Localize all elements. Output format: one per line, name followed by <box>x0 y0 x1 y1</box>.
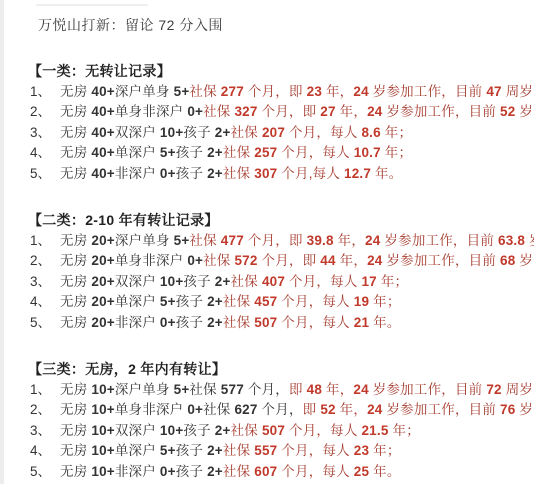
list-item-text: 无房 40+双深户 10+孩子 2+社保 207 个月，每人 8.6 年； <box>60 123 412 144</box>
section-header: 【三类：无房，2 年内有转让】 <box>28 359 534 380</box>
list-item-text: 无房 10+双深户 10+孩子 2+社保 507 个月，每人 21.5 年； <box>60 421 420 442</box>
list-item-number: 5、 <box>30 462 60 483</box>
list-item: 5、无房 40+非深户 0+孩子 2+社保 307 个月,每人 12.7 年。 <box>30 164 534 185</box>
list-item-number: 4、 <box>30 143 60 164</box>
list-item-number: 3、 <box>30 421 60 442</box>
list-item-number: 3、 <box>30 272 60 293</box>
list-item-text: 无房 20+非深户 0+孩子 2+社保 507 个月，每人 21 年。 <box>60 313 401 334</box>
section-header: 【二类：2-10 年有转让记录】 <box>28 210 534 231</box>
list-item: 1、无房 20+深户单身 5+社保 477 个月，即 39.8 年，24 岁参加… <box>30 231 534 252</box>
list-item-text: 无房 10+单身非深户 0+社保 627 个月，即 52 年，24 岁参加工作，… <box>60 400 534 421</box>
list-item-number: 2、 <box>30 251 60 272</box>
list-item-text: 无房 10+深户单身 5+社保 577 个月，即 48 年，24 岁参加工作，目… <box>60 380 534 401</box>
page-left-border <box>0 0 4 484</box>
section-header: 【一类：无转让记录】 <box>28 61 534 82</box>
list-item: 1、无房 40+深户单身 5+社保 277 个月，即 23 年，24 岁参加工作… <box>30 82 534 103</box>
list-item-text: 无房 40+单深户 5+孩子 2+社保 257 个月，每人 10.7 年； <box>60 143 412 164</box>
list-item: 4、无房 20+单深户 5+孩子 2+社保 457 个月，每人 19 年； <box>30 292 534 313</box>
document-page: 万悦山打新：留论 72 分入围 【一类：无转让记录】1、无房 40+深户单身 5… <box>0 0 534 484</box>
list-item: 3、无房 20+双深户 10+孩子 2+社保 407 个月，每人 17 年； <box>30 272 534 293</box>
list-item: 2、无房 40+单身非深户 0+社保 327 个月，即 27 年，24 岁参加工… <box>30 102 534 123</box>
section: 【二类：2-10 年有转让记录】1、无房 20+深户单身 5+社保 477 个月… <box>0 210 534 333</box>
list-item: 3、无房 40+双深户 10+孩子 2+社保 207 个月，每人 8.6 年； <box>30 123 534 144</box>
section: 【一类：无转让记录】1、无房 40+深户单身 5+社保 277 个月，即 23 … <box>0 61 534 184</box>
list-item-number: 5、 <box>30 313 60 334</box>
list-item-text: 无房 20+双深户 10+孩子 2+社保 407 个月，每人 17 年； <box>60 272 408 293</box>
list-item: 2、无房 10+单身非深户 0+社保 627 个月，即 52 年，24 岁参加工… <box>30 400 534 421</box>
list-item-number: 4、 <box>30 292 60 313</box>
list-item-number: 3、 <box>30 123 60 144</box>
list-item: 1、无房 10+深户单身 5+社保 577 个月，即 48 年，24 岁参加工作… <box>30 380 534 401</box>
list-item: 3、无房 10+双深户 10+孩子 2+社保 507 个月，每人 21.5 年； <box>30 421 534 442</box>
list-item-number: 5、 <box>30 164 60 185</box>
list-item-number: 1、 <box>30 231 60 252</box>
top-edge-artifact <box>36 4 148 6</box>
list-item: 2、无房 20+单身非深户 0+社保 572 个月，即 44 年，24 岁参加工… <box>30 251 534 272</box>
list-item-text: 无房 20+单身非深户 0+社保 572 个月，即 44 年，24 岁参加工作，… <box>60 251 534 272</box>
section: 【三类：无房，2 年内有转让】1、无房 10+深户单身 5+社保 577 个月，… <box>0 359 534 482</box>
list-item-number: 1、 <box>30 82 60 103</box>
list-item: 4、无房 10+单深户 5+孩子 2+社保 557 个月，每人 23 年； <box>30 441 534 462</box>
list-item-number: 1、 <box>30 380 60 401</box>
list-item: 4、无房 40+单深户 5+孩子 2+社保 257 个月，每人 10.7 年； <box>30 143 534 164</box>
list-item-text: 无房 10+非深户 0+孩子 2+社保 607 个月，每人 25 年。 <box>60 462 401 483</box>
list-item-number: 2、 <box>30 400 60 421</box>
list-item-text: 无房 10+单深户 5+孩子 2+社保 557 个月，每人 23 年； <box>60 441 401 462</box>
sections-container: 【一类：无转让记录】1、无房 40+深户单身 5+社保 277 个月，即 23 … <box>0 61 534 482</box>
list-item-text: 无房 20+深户单身 5+社保 477 个月，即 39.8 年，24 岁参加工作… <box>60 231 534 252</box>
list-item-number: 4、 <box>30 441 60 462</box>
list-item-text: 无房 20+单深户 5+孩子 2+社保 457 个月，每人 19 年； <box>60 292 401 313</box>
list-item: 5、无房 10+非深户 0+孩子 2+社保 607 个月，每人 25 年。 <box>30 462 534 483</box>
list-item: 5、无房 20+非深户 0+孩子 2+社保 507 个月，每人 21 年。 <box>30 313 534 334</box>
list-item-text: 无房 40+非深户 0+孩子 2+社保 307 个月,每人 12.7 年。 <box>60 164 402 185</box>
list-item-text: 无房 40+单身非深户 0+社保 327 个月，即 27 年，24 岁参加工作，… <box>60 102 534 123</box>
list-item-number: 2、 <box>30 102 60 123</box>
list-item-text: 无房 40+深户单身 5+社保 277 个月，即 23 年，24 岁参加工作，目… <box>60 82 534 103</box>
